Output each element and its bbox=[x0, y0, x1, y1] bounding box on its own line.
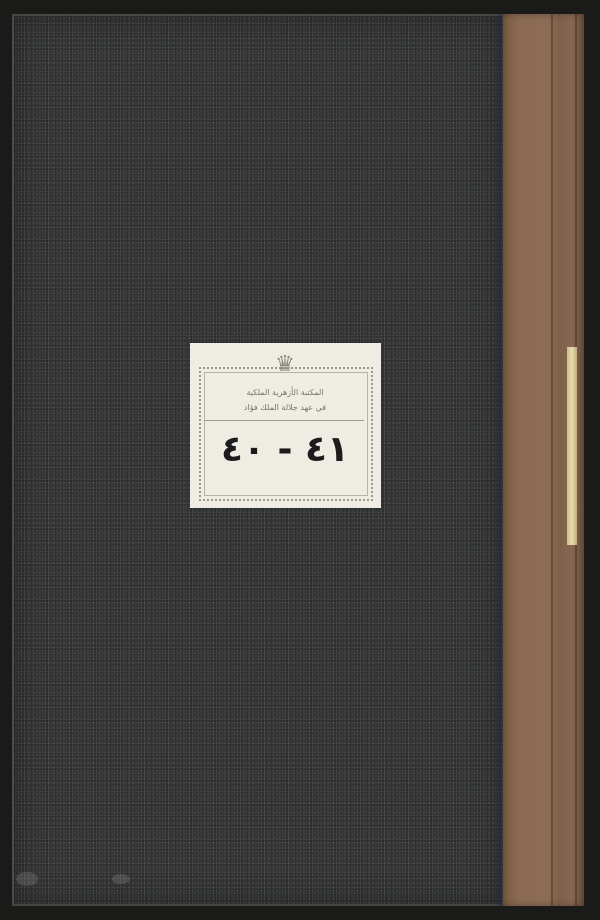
spine-groove bbox=[551, 14, 553, 906]
label-divider bbox=[204, 420, 364, 421]
book: ♛ المكتبة الأزهرية الملكية في عهد جلالة … bbox=[12, 14, 584, 906]
shelf-label: ♛ المكتبة الأزهرية الملكية في عهد جلالة … bbox=[190, 343, 381, 508]
label-header-line-1: المكتبة الأزهرية الملكية bbox=[210, 388, 360, 397]
cover-wear-mark bbox=[112, 874, 130, 884]
shelfmark-number: ٤١ - ٤٠ bbox=[210, 429, 360, 470]
spine-paper-strip bbox=[567, 347, 577, 545]
cover-wear-mark bbox=[16, 872, 38, 886]
label-header-line-2: في عهد جلالة الملك فؤاد bbox=[210, 403, 360, 412]
